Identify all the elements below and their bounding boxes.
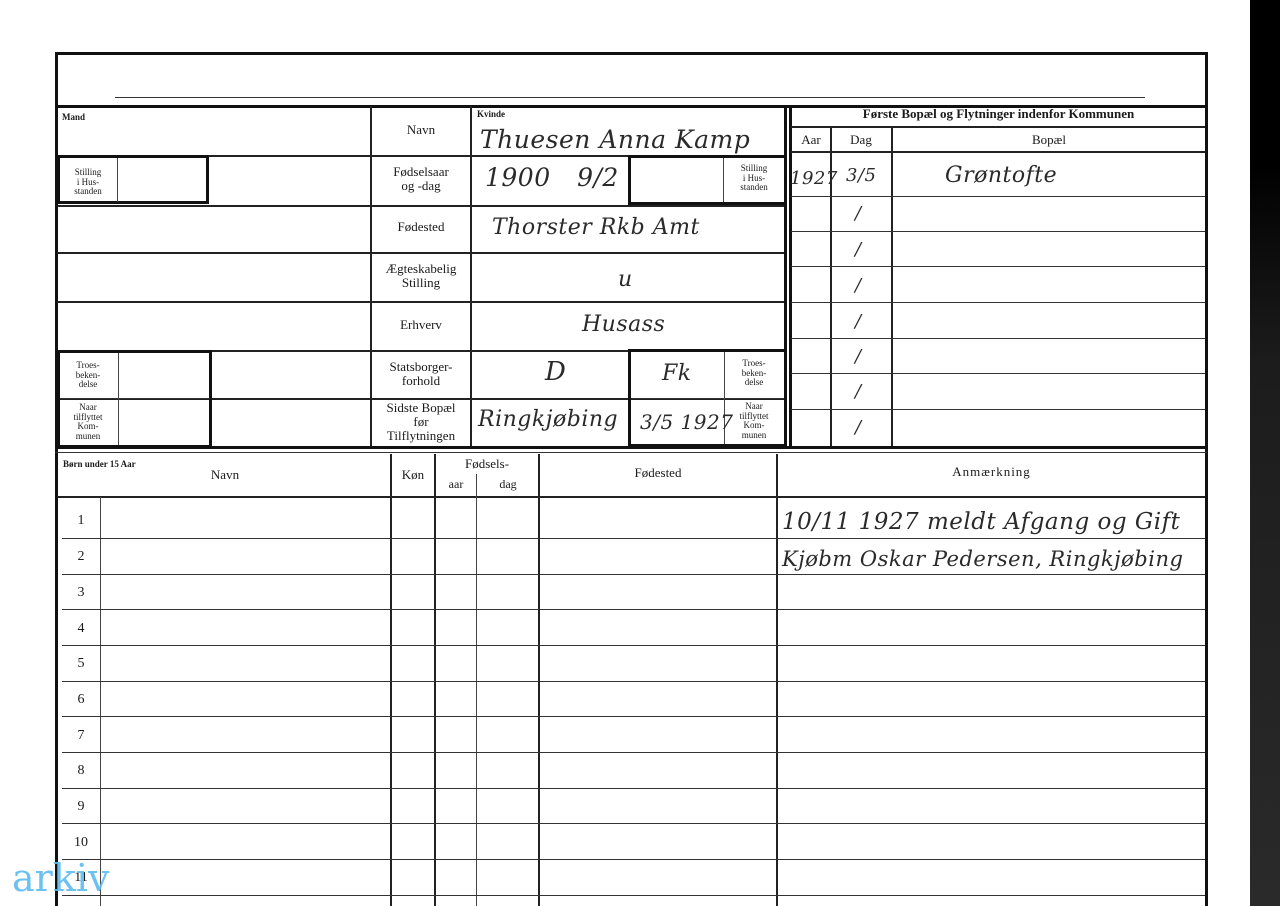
residence-row-rule: [791, 231, 1205, 232]
box-divider: [723, 158, 724, 202]
children-row-number: 5: [62, 656, 100, 672]
children-row-number: 7: [62, 728, 100, 744]
row-divider: [57, 205, 784, 207]
residence-row-rule: [791, 196, 1205, 197]
children-row-rule: [62, 788, 1205, 789]
residence-row-dag[interactable]: /: [855, 202, 862, 226]
residence-row-dag[interactable]: /: [855, 345, 862, 369]
children-row-rule: [62, 538, 1205, 539]
residence-row-aar[interactable]: 1927: [790, 167, 838, 191]
residence-row-dag[interactable]: /: [855, 274, 862, 298]
kvinde-stilling-label: Stilling i Hus- standen: [725, 164, 783, 193]
label-line: forhold: [372, 374, 470, 388]
residence-left-border: [789, 106, 792, 447]
label-aegteskab: Ægteskabelig Stilling: [372, 262, 470, 290]
label-line: Stilling: [372, 276, 470, 290]
kvinde-naar-label: Naar tilflyttet Kom- munen: [726, 402, 782, 440]
label-line: standen: [725, 183, 783, 193]
row-divider: [57, 301, 784, 303]
children-row-rule: [62, 823, 1205, 824]
residence-row-dag[interactable]: /: [855, 310, 862, 334]
residence-header-rule: [791, 151, 1205, 153]
kvinde-statsborger-value[interactable]: D: [545, 360, 566, 384]
label-navn: Navn: [372, 123, 470, 137]
children-row-number: 2: [62, 549, 100, 565]
children-col-fodsels: Fødsels-: [436, 457, 538, 471]
children-row-number: 3: [62, 585, 100, 601]
residence-col-bopael: Bopæl: [893, 133, 1205, 147]
label-line: og -dag: [372, 179, 470, 193]
scan-edge: [1250, 0, 1280, 906]
kvinde-naar-value[interactable]: 3/5 1927: [640, 410, 733, 434]
children-row-rule: [62, 752, 1205, 753]
children-row-rule: [62, 716, 1205, 717]
mand-stilling-label: Stilling i Hus- standen: [62, 168, 114, 197]
frame-right: [1205, 52, 1208, 906]
children-col-aar: aar: [436, 477, 476, 491]
children-row-rule: [62, 859, 1205, 860]
label-line: munen: [62, 432, 114, 442]
mand-stilling-value[interactable]: [120, 160, 205, 200]
label-fodested: Fødested: [372, 220, 470, 234]
anmaerkning-line-2[interactable]: Kjøbm Oskar Pedersen, Ringkjøbing: [782, 547, 1183, 571]
kvinde-sidste-bopael-value[interactable]: Ringkjøbing: [478, 408, 618, 432]
residence-row-rule: [791, 338, 1205, 339]
label-line: Sidste Bopæl: [372, 401, 470, 415]
anmaerkning-line-1[interactable]: 10/11 1927 meldt Afgang og Gift: [782, 510, 1180, 534]
label-statsborger: Statsborger- forhold: [372, 360, 470, 388]
residence-col-aar: Aar: [792, 133, 830, 147]
header-rule: [115, 97, 1145, 98]
label-line: Tilflytningen: [372, 429, 470, 443]
label-line: delse: [62, 380, 114, 390]
children-row-rule: [62, 609, 1205, 610]
children-row-rule: [62, 645, 1205, 646]
mand-naar-label: Naar tilflyttet Kom- munen: [62, 403, 114, 441]
residence-row-dag[interactable]: /: [855, 416, 862, 440]
children-col-divider: [434, 454, 436, 906]
kvinde-troes-label: Troes- beken- delse: [726, 359, 782, 388]
children-col-anmaerkning: Anmærkning: [778, 465, 1205, 479]
row-divider: [57, 252, 784, 254]
label-line: standen: [62, 187, 114, 197]
kvinde-troes-value[interactable]: Fk: [662, 362, 692, 386]
box-divider: [117, 158, 118, 202]
children-col-navn: Navn: [100, 468, 350, 482]
children-row-number: 9: [62, 799, 100, 815]
children-col-dag: dag: [478, 477, 538, 491]
children-row-rule: [62, 681, 1205, 682]
kvinde-stilling-value[interactable]: [634, 160, 720, 200]
kvinde-aegteskab-value[interactable]: u: [618, 268, 633, 292]
frame-top: [55, 52, 1207, 55]
label-line: før: [372, 415, 470, 429]
label-erhverv: Erhverv: [372, 318, 470, 332]
residence-row-rule: [791, 302, 1205, 303]
label-fodselsaar: Fødselsaar og -dag: [372, 165, 470, 193]
children-top-rule: [55, 452, 1207, 453]
kvinde-label: Kvinde: [477, 110, 505, 120]
mand-naar-value[interactable]: [122, 402, 208, 442]
box-divider: [60, 398, 210, 399]
box-divider: [118, 353, 119, 445]
label-line: Fødselsaar: [372, 165, 470, 179]
label-line: munen: [726, 431, 782, 441]
children-col-kon: Køn: [392, 468, 434, 482]
arkiv-watermark: arkiv: [12, 856, 109, 900]
children-row-rule: [62, 895, 1205, 896]
residence-row-dag[interactable]: 3/5: [846, 164, 876, 188]
children-col-divider: [100, 497, 101, 906]
kvinde-fodested-value[interactable]: Thorster Rkb Amt: [492, 216, 700, 240]
box-divider: [631, 398, 784, 399]
kvinde-fodselsaar-value[interactable]: 1900 9/2: [485, 166, 619, 190]
residence-col-divider: [891, 127, 893, 446]
mand-label: Mand: [62, 113, 85, 123]
residence-col-dag: Dag: [832, 133, 890, 147]
children-row-number: 1: [62, 513, 100, 529]
kvinde-erhverv-value[interactable]: Husass: [582, 313, 665, 337]
residence-row-rule: [791, 409, 1205, 410]
children-row-rule: [62, 574, 1205, 575]
children-col-divider: [390, 454, 392, 906]
residence-row-dag[interactable]: /: [855, 238, 862, 262]
residence-row-bopael[interactable]: Grøntofte: [945, 164, 1057, 188]
residence-title-rule: [791, 126, 1205, 128]
label-line: delse: [726, 378, 782, 388]
kvinde-navn-value[interactable]: Thuesen Anna Kamp: [480, 128, 750, 152]
children-row-number: 8: [62, 763, 100, 779]
label-line: Statsborger-: [372, 360, 470, 374]
label-value-divider: [470, 106, 472, 447]
children-row-number: 10: [62, 835, 100, 851]
residence-row-dag[interactable]: /: [855, 380, 862, 404]
label-sidste-bopael: Sidste Bopæl før Tilflytningen: [372, 401, 470, 443]
children-col-divider: [776, 454, 778, 906]
children-header-rule: [57, 496, 1205, 498]
children-row-number: 4: [62, 621, 100, 637]
residence-title: Første Bopæl og Flytninger indenfor Komm…: [792, 107, 1205, 121]
children-col-divider: [538, 454, 540, 906]
residence-row-rule: [791, 266, 1205, 267]
children-col-fodested: Fødested: [540, 466, 776, 480]
label-line: Ægteskabelig: [372, 262, 470, 276]
mand-troes-label: Troes- beken- delse: [62, 361, 114, 390]
mand-troes-value[interactable]: [122, 356, 208, 394]
children-row-number: 6: [62, 692, 100, 708]
residence-row-rule: [791, 373, 1205, 374]
